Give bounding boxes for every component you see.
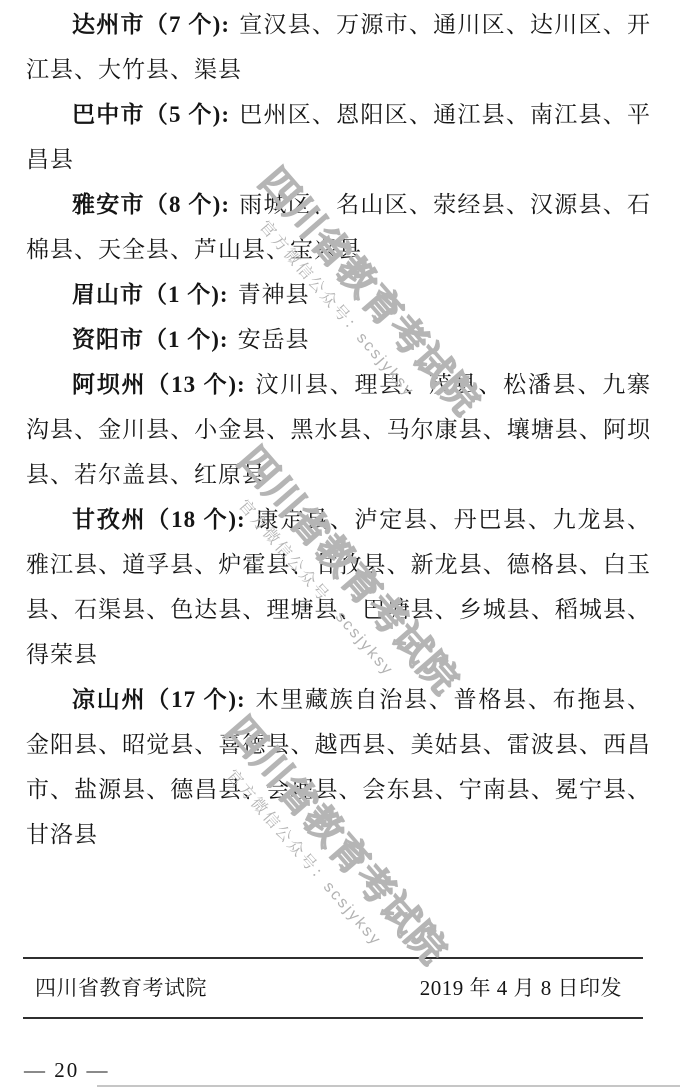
district-header: 凉山州（17 个):	[72, 687, 246, 712]
district-header: 甘孜州（18 个):	[72, 507, 246, 532]
district-paragraph: 凉山州（17 个):木里藏族自治县、普格县、布拖县、金阳县、昭觉县、喜德县、越西…	[26, 677, 651, 857]
district-paragraph: 甘孜州（18 个):康定县、泸定县、丹巴县、九龙县、雅江县、道孚县、炉霍县、甘孜…	[26, 497, 651, 677]
district-paragraph: 雅安市（8 个):雨城区、名山区、荥经县、汉源县、石棉县、天全县、芦山县、宝兴县	[26, 182, 651, 272]
district-header: 眉山市（1 个):	[72, 282, 229, 307]
district-header: 达州市（7 个):	[72, 12, 230, 37]
footer-print-date: 2019 年 4 月 8 日印发	[420, 972, 622, 1004]
district-counties: 青神县	[238, 282, 310, 307]
district-paragraph: 巴中市（5 个):巴州区、恩阳区、通江县、南江县、平昌县	[26, 92, 651, 182]
district-header: 资阳市（1 个):	[72, 327, 229, 352]
district-header: 阿坝州（13 个):	[72, 372, 246, 397]
district-counties: 安岳县	[238, 327, 310, 352]
district-paragraph: 达州市（7 个):宣汉县、万源市、通川区、达川区、开江县、大竹县、渠县	[26, 2, 651, 92]
footer-top-rule	[23, 957, 643, 959]
footer-issuer: 四川省教育考试院	[35, 972, 207, 1004]
document-page: 四川省教育考试院 官方微信公众号：scsjyksy 四川省教育考试院 官方微信公…	[0, 0, 680, 1087]
district-header: 巴中市（5 个):	[72, 102, 230, 127]
district-header: 雅安市（8 个):	[72, 192, 230, 217]
footer-bottom-rule	[23, 1017, 643, 1019]
district-paragraph: 眉山市（1 个):青神县	[26, 272, 651, 317]
district-paragraph: 资阳市（1 个):安岳县	[26, 317, 651, 362]
footer-row: 四川省教育考试院 2019 年 4 月 8 日印发	[23, 972, 643, 1004]
district-paragraph: 阿坝州（13 个):汶川县、理县、茂县、松潘县、九寨沟县、金川县、小金县、黑水县…	[26, 362, 651, 497]
page-number: — 20 —	[24, 1058, 110, 1083]
document-body: 达州市（7 个):宣汉县、万源市、通川区、达川区、开江县、大竹县、渠县 巴中市（…	[26, 2, 651, 857]
